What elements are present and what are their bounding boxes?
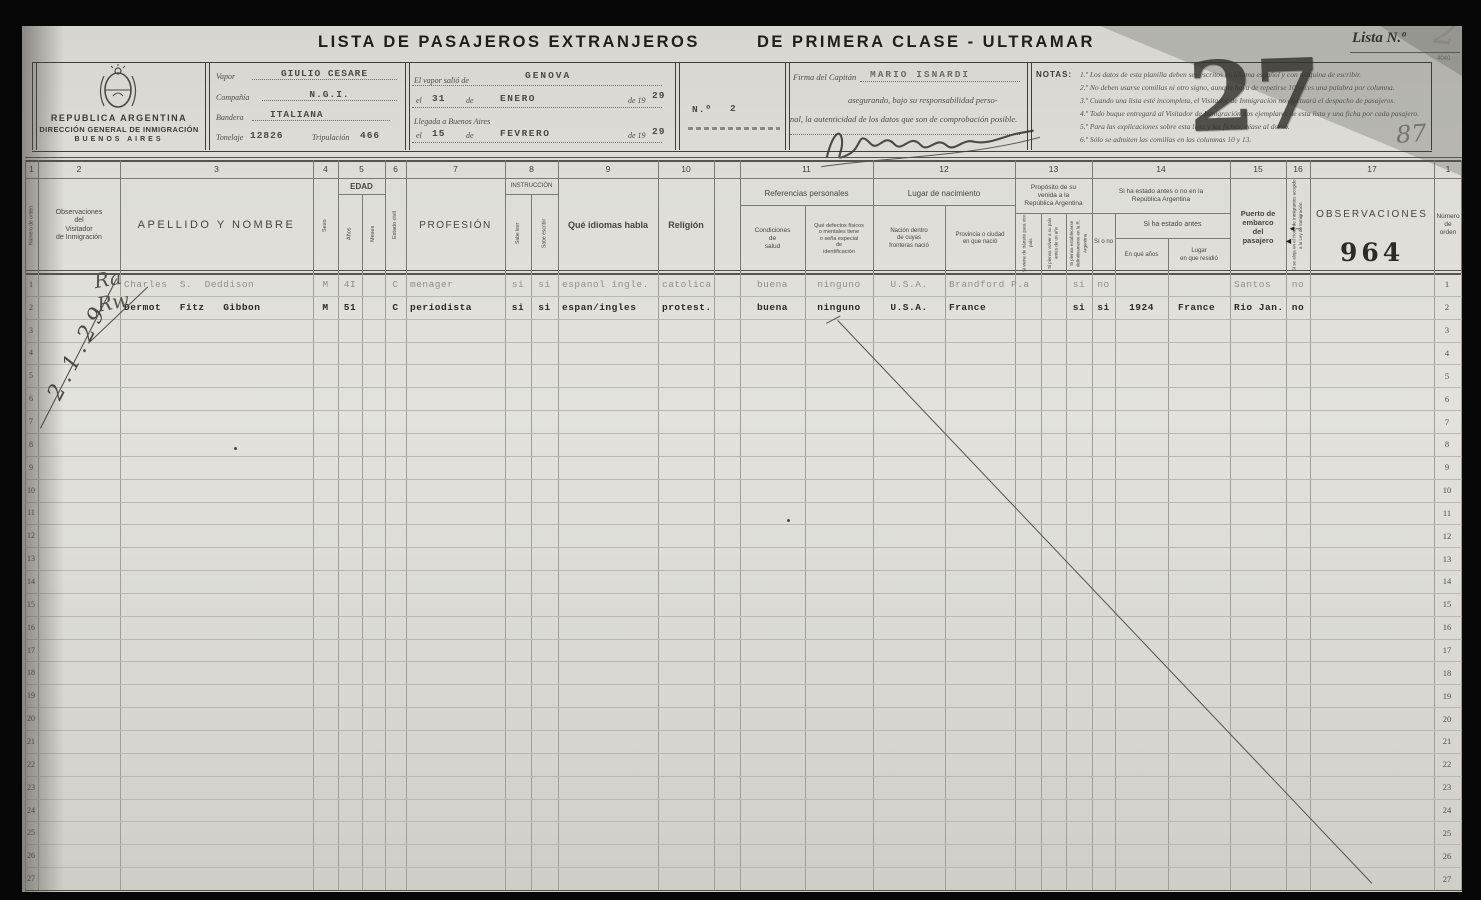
col-header-c3: APELLIDO Y NOMBRE: [120, 178, 313, 273]
row-number-right: 24: [1436, 799, 1458, 822]
col-header-c12a: Nación dentro de cuyas fronteras nació: [873, 205, 945, 273]
cell-puerto: Rio Jan.: [1234, 296, 1286, 319]
scan-edge-right: [1462, 0, 1481, 900]
row-line: [25, 524, 1462, 525]
row-number-right: 19: [1436, 684, 1458, 707]
column-line: [1230, 273, 1231, 890]
column-line: [1092, 273, 1093, 890]
col-header-c13c: Si piensa establecerse definitivamente e…: [1066, 214, 1092, 272]
row-line: [25, 684, 1462, 685]
row-number-right: 4: [1436, 342, 1458, 365]
col-header-c13a: Si viene de tránsito para otro país: [1015, 214, 1041, 272]
row-number-right: 18: [1436, 661, 1458, 684]
scan-edge-left: [0, 0, 22, 900]
col-index-c18: 1: [1434, 160, 1462, 178]
column-line: [945, 273, 946, 890]
arrow-mark-icon: ◄: [1284, 236, 1293, 246]
scanned-passenger-list: LISTA DE PASAJEROS EXTRANJEROS DE PRIMER…: [0, 0, 1481, 900]
col-index-c11: 11: [740, 160, 873, 178]
column-line: [740, 273, 741, 890]
cell-religion: protest.: [662, 296, 714, 319]
row-line: [25, 639, 1462, 640]
row-number-right: 14: [1436, 570, 1458, 593]
cell-religion: catolica: [662, 273, 714, 296]
cell-venida: si: [1066, 273, 1092, 296]
header-grid-line: [714, 160, 715, 273]
column-line: [1066, 273, 1067, 890]
col-index-c14: 14: [1092, 160, 1230, 178]
cell-lugar_residio: France: [1178, 296, 1230, 319]
cell-puerto: Santos: [1234, 273, 1286, 296]
row-number-right: 11: [1436, 502, 1458, 525]
column-line: [313, 273, 314, 890]
col-header-c11b: Qué defectos físicos o mentales tiene o …: [805, 205, 873, 273]
cell-sexo: M: [313, 296, 338, 319]
column-line: [1115, 273, 1116, 890]
row-number-right: 12: [1436, 524, 1458, 547]
cell-antes_si_no: si: [1092, 296, 1115, 319]
column-line: [714, 273, 715, 890]
col-header-c9: Qué idiomas habla: [558, 178, 658, 273]
cell-defectos: ninguno: [805, 273, 873, 296]
table-rule: [25, 890, 1462, 891]
cell-en_que_anos: 1924: [1115, 296, 1168, 319]
row-line: [25, 799, 1462, 800]
row-line: [25, 502, 1462, 503]
col-header-c13b: Si piensa volver a su país antes de un a…: [1041, 214, 1066, 272]
row-number-right: 13: [1436, 547, 1458, 570]
row-line: [25, 753, 1462, 754]
cell-antes_si_no: no: [1092, 273, 1115, 296]
row-line: [25, 319, 1462, 320]
col-index-c9: 9: [558, 160, 658, 178]
row-number-right: 7: [1436, 410, 1458, 433]
page-curve-shade: [22, 26, 64, 894]
cell-sabe_leer: si: [505, 273, 531, 296]
cell-hotel: no: [1286, 273, 1310, 296]
col-header-c11: Referencias personales: [740, 185, 873, 203]
col-index-c6: 6: [385, 160, 406, 178]
row-line: [25, 570, 1462, 571]
cell-profesion: periodista: [410, 296, 505, 319]
column-line: [505, 273, 506, 890]
col-header-c13: Propósito de su venida a la República Ar…: [1015, 180, 1092, 212]
cell-provincia: Brandford P.a: [949, 273, 1015, 296]
column-line: [406, 273, 407, 890]
row-line: [25, 821, 1462, 822]
column-line: [120, 273, 121, 890]
col-header-c8a: Sabe leer: [505, 194, 531, 273]
row-number-right: 16: [1436, 616, 1458, 639]
row-number-right: 17: [1436, 639, 1458, 662]
stamp-964: 964: [1340, 238, 1404, 267]
col-header-c4: Sexo: [313, 178, 338, 273]
cell-idiomas: espan/ingles: [562, 296, 658, 319]
column-line: [362, 273, 363, 890]
cell-nombre: Dermot Fitz Gibbon: [124, 296, 312, 319]
col-header-c5b: Meses: [362, 194, 385, 273]
row-line: [25, 730, 1462, 731]
col-index-c12: 12: [873, 160, 1015, 178]
row-number-right: 25: [1436, 821, 1458, 844]
scan-speck: [234, 447, 237, 450]
row-number-right: 8: [1436, 433, 1458, 456]
row-number-right: 27: [1436, 867, 1458, 890]
col-header-c18: Número de orden: [1434, 185, 1462, 265]
col-header-c8: INSTRUCCIÓN: [505, 181, 558, 193]
row-number-right: 20: [1436, 707, 1458, 730]
row-number-right: 5: [1436, 364, 1458, 387]
row-line: [25, 342, 1462, 343]
column-line: [1434, 273, 1435, 890]
row-line: [25, 547, 1462, 548]
col-header-c14g: Si ha estado antes: [1115, 215, 1230, 236]
column-line: [1015, 273, 1016, 890]
col-header-c14c: Lugar en que residió: [1168, 238, 1230, 273]
row-number-right: 3: [1436, 319, 1458, 342]
col-header-c5: EDAD: [338, 180, 385, 194]
cell-nacion: U.S.A.: [873, 296, 945, 319]
col-index-c5: 5: [338, 160, 385, 178]
col-header-c12: Lugar de nacimiento: [873, 185, 1015, 203]
row-number-right: 23: [1436, 776, 1458, 799]
cell-sexo: M: [313, 273, 338, 296]
row-number-right: 15: [1436, 593, 1458, 616]
col-header-c8b: Sabe escribir: [531, 194, 558, 273]
col-header-c15: Puerto de embarco del pasajero: [1230, 183, 1286, 271]
scan-edge-bottom: [0, 892, 1481, 900]
row-line: [25, 616, 1462, 617]
cell-hotel: no: [1286, 296, 1310, 319]
col-header-c14: Si ha estado antes o no en la República …: [1092, 180, 1230, 212]
cell-estado_civil: C: [385, 273, 406, 296]
col-header-c6: Estado civil: [385, 178, 406, 273]
column-line: [558, 273, 559, 890]
row-line: [25, 410, 1462, 411]
cell-nombre: Charles S. Deddison: [124, 273, 312, 296]
row-line: [25, 593, 1462, 594]
column-line: [805, 273, 806, 890]
cell-provincia: France: [949, 296, 1015, 319]
col-header-c14b: En qué años: [1115, 238, 1168, 273]
col-index-c4: 4: [313, 160, 338, 178]
row-number-right: 6: [1436, 387, 1458, 410]
col-index-c17: 17: [1310, 160, 1434, 178]
scan-edge-top: [0, 0, 1481, 26]
cell-sabe_escribir: si: [531, 296, 558, 319]
cell-anos: 51: [338, 296, 362, 319]
col-index-c13: 13: [1015, 160, 1092, 178]
cell-profesion: menager: [410, 273, 505, 296]
cell-nacion: U.S.A.: [873, 273, 945, 296]
cell-idiomas: espanol ingle.: [562, 273, 658, 296]
column-line: [1310, 273, 1311, 890]
column-line: [338, 273, 339, 890]
column-line: [1041, 273, 1042, 890]
cell-salud: buena: [740, 273, 805, 296]
row-line: [25, 479, 1462, 480]
col-index-c8: 8: [505, 160, 558, 178]
column-line: [873, 273, 874, 890]
col-header-c11a: Condiciones de salud: [740, 205, 805, 273]
row-line: [25, 364, 1462, 365]
row-line: [25, 387, 1462, 388]
cell-venida: si: [1066, 296, 1092, 319]
col-index-c3: 3: [120, 160, 313, 178]
cell-sabe_leer: si: [505, 296, 531, 319]
cell-anos: 4I: [338, 273, 362, 296]
row-number-right: 26: [1436, 844, 1458, 867]
col-index-c10: 10: [658, 160, 714, 178]
col-header-c5a: Años: [338, 194, 362, 273]
row-number-right: 9: [1436, 456, 1458, 479]
row-number-right: 1: [1436, 273, 1458, 296]
row-number-right: 21: [1436, 730, 1458, 753]
row-line: [25, 456, 1462, 457]
col-header-c12b: Provincia o ciudad en que nació: [945, 205, 1015, 273]
column-line: [531, 273, 532, 890]
cell-sabe_escribir: si: [531, 273, 558, 296]
scan-speck: [787, 519, 790, 522]
cell-salud: buena: [740, 296, 805, 319]
row-line: [25, 867, 1462, 868]
row-line: [25, 433, 1462, 434]
row-line: [25, 844, 1462, 845]
col-header-c10: Religión: [658, 178, 714, 273]
col-index-c16: 16: [1286, 160, 1310, 178]
row-number-right: 22: [1436, 753, 1458, 776]
table-rule: [25, 157, 1462, 158]
col-index-c7: 7: [406, 160, 505, 178]
arrow-mark-icon: ◄–: [1288, 224, 1300, 233]
row-number-right: 10: [1436, 479, 1458, 502]
column-line: [1286, 273, 1287, 890]
col-index-c15: 15: [1230, 160, 1286, 178]
col-header-c14a: Sí o no: [1092, 214, 1115, 272]
cell-estado_civil: C: [385, 296, 406, 319]
column-line: [385, 273, 386, 890]
column-line: [1168, 273, 1169, 890]
row-line: [25, 707, 1462, 708]
col-header-c17: OBSERVACIONES: [1310, 202, 1434, 228]
row-number-right: 2: [1436, 296, 1458, 319]
column-line: [658, 273, 659, 890]
row-line: [25, 661, 1462, 662]
row-line: [25, 776, 1462, 777]
col-header-c7: PROFESIÓN: [406, 178, 505, 273]
